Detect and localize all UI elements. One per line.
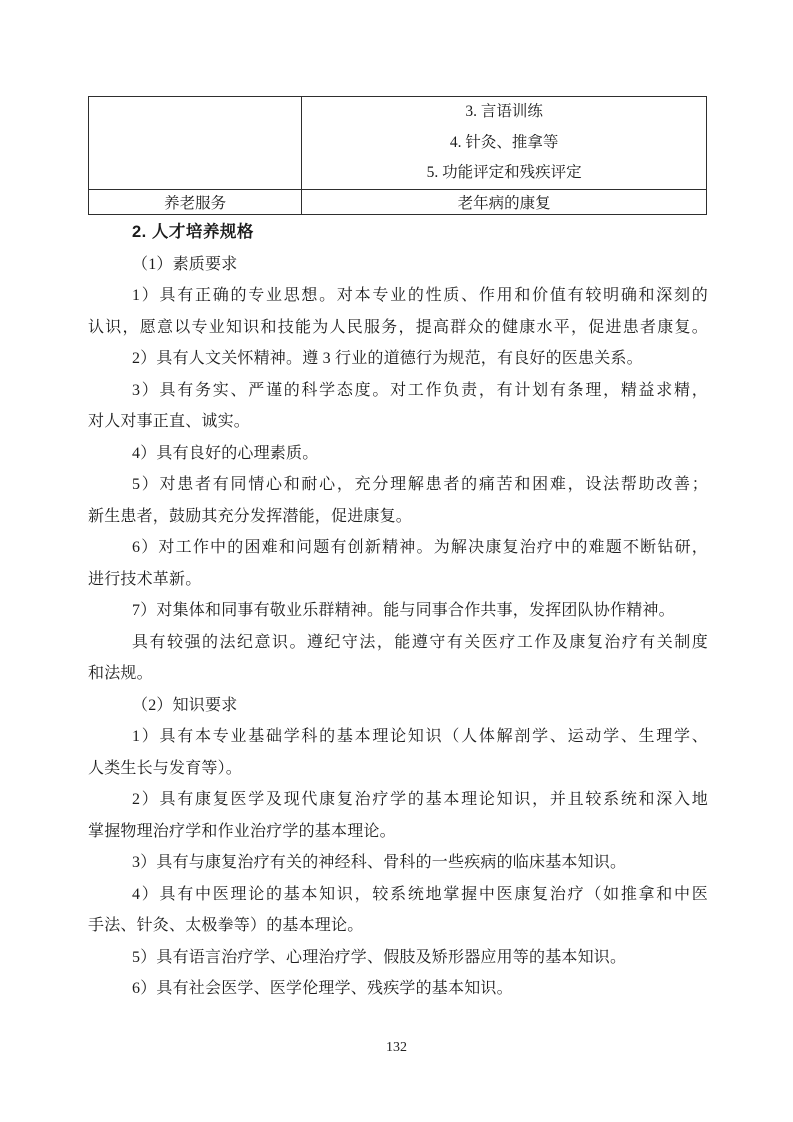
table-cell-rehab-items: 3. 言语训练 4. 针灸、推拿等 5. 功能评定和残疾评定 xyxy=(302,97,707,190)
paragraph-line: 进行技术革新。 xyxy=(88,564,708,596)
paragraph-line: 7）对集体和同事有敬业乐群精神。能与同事合作共事，发挥团队协作精神。 xyxy=(88,595,708,627)
paragraph-line: 和法规。 xyxy=(88,658,708,690)
subsection-heading: （2）知识要求 xyxy=(88,690,708,722)
paragraph-line: 1）具有正确的专业思想。对本专业的性质、作用和价值有较明确和深刻的 xyxy=(88,280,708,312)
curriculum-table: 3. 言语训练 4. 针灸、推拿等 5. 功能评定和残疾评定 养老服务 老年病的… xyxy=(88,96,707,215)
paragraph-line: 对人对事正直、诚实。 xyxy=(88,406,708,438)
table-cell-line: 3. 言语训练 xyxy=(302,97,706,128)
paragraph-line: 4）具有中医理论的基本知识，较系统地掌握中医康复治疗（如推拿和中医 xyxy=(88,879,708,911)
table-row: 3. 言语训练 4. 针灸、推拿等 5. 功能评定和残疾评定 xyxy=(89,97,707,190)
paragraph-line: 具有较强的法纪意识。遵纪守法，能遵守有关医疗工作及康复治疗有关制度 xyxy=(88,627,708,659)
paragraph-line: 4）具有良好的心理素质。 xyxy=(88,438,708,470)
paragraph-line: 1）具有本专业基础学科的基本理论知识（人体解剖学、运动学、生理学、 xyxy=(88,721,708,753)
table-cell-service-type: 养老服务 xyxy=(89,189,302,214)
paragraph-line: 认识，愿意以专业知识和技能为人民服务，提高群众的健康水平，促进患者康复。 xyxy=(88,312,708,344)
section-heading: 2. 人才培养规格 xyxy=(88,217,708,249)
paragraph-line: 3）具有与康复治疗有关的神经科、骨科的一些疾病的临床基本知识。 xyxy=(88,847,708,879)
table-cell-service-type-empty xyxy=(89,97,302,190)
table-cell-line: 5. 功能评定和残疾评定 xyxy=(302,158,706,189)
table-row: 养老服务 老年病的康复 xyxy=(89,189,707,214)
paragraph-line: 6）对工作中的困难和问题有创新精神。为解决康复治疗中的难题不断钻研， xyxy=(88,532,708,564)
document-page: 3. 言语训练 4. 针灸、推拿等 5. 功能评定和残疾评定 养老服务 老年病的… xyxy=(0,0,793,1122)
paragraph-line: 2）具有人文关怀精神。遵 3 行业的道德行为规范，有良好的医患关系。 xyxy=(88,343,708,375)
paragraph-line: 掌握物理治疗学和作业治疗学的基本理论。 xyxy=(88,816,708,848)
paragraph-line: 6）具有社会医学、医学伦理学、残疾学的基本知识。 xyxy=(88,973,708,1005)
table-cell-rehab-item: 老年病的康复 xyxy=(302,189,707,214)
paragraph-line: 3）具有务实、严谨的科学态度。对工作负责，有计划有条理，精益求精， xyxy=(88,375,708,407)
body-text: 2. 人才培养规格 （1）素质要求 1）具有正确的专业思想。对本专业的性质、作用… xyxy=(88,217,708,1005)
page-number: 132 xyxy=(0,1037,793,1059)
paragraph-line: 手法、针灸、太极拳等）的基本理论。 xyxy=(88,910,708,942)
paragraph-line: 新生患者，鼓励其充分发挥潜能，促进康复。 xyxy=(88,501,708,533)
table-cell-line: 4. 针灸、推拿等 xyxy=(302,128,706,159)
paragraph-line: 人类生长与发育等）。 xyxy=(88,753,708,785)
paragraph-line: 5）具有语言治疗学、心理治疗学、假肢及矫形器应用等的基本知识。 xyxy=(88,942,708,974)
paragraph-line: 2）具有康复医学及现代康复治疗学的基本理论知识，并且较系统和深入地 xyxy=(88,784,708,816)
subsection-heading: （1）素质要求 xyxy=(88,249,708,281)
paragraph-line: 5）对患者有同情心和耐心，充分理解患者的痛苦和困难，设法帮助改善； xyxy=(88,469,708,501)
